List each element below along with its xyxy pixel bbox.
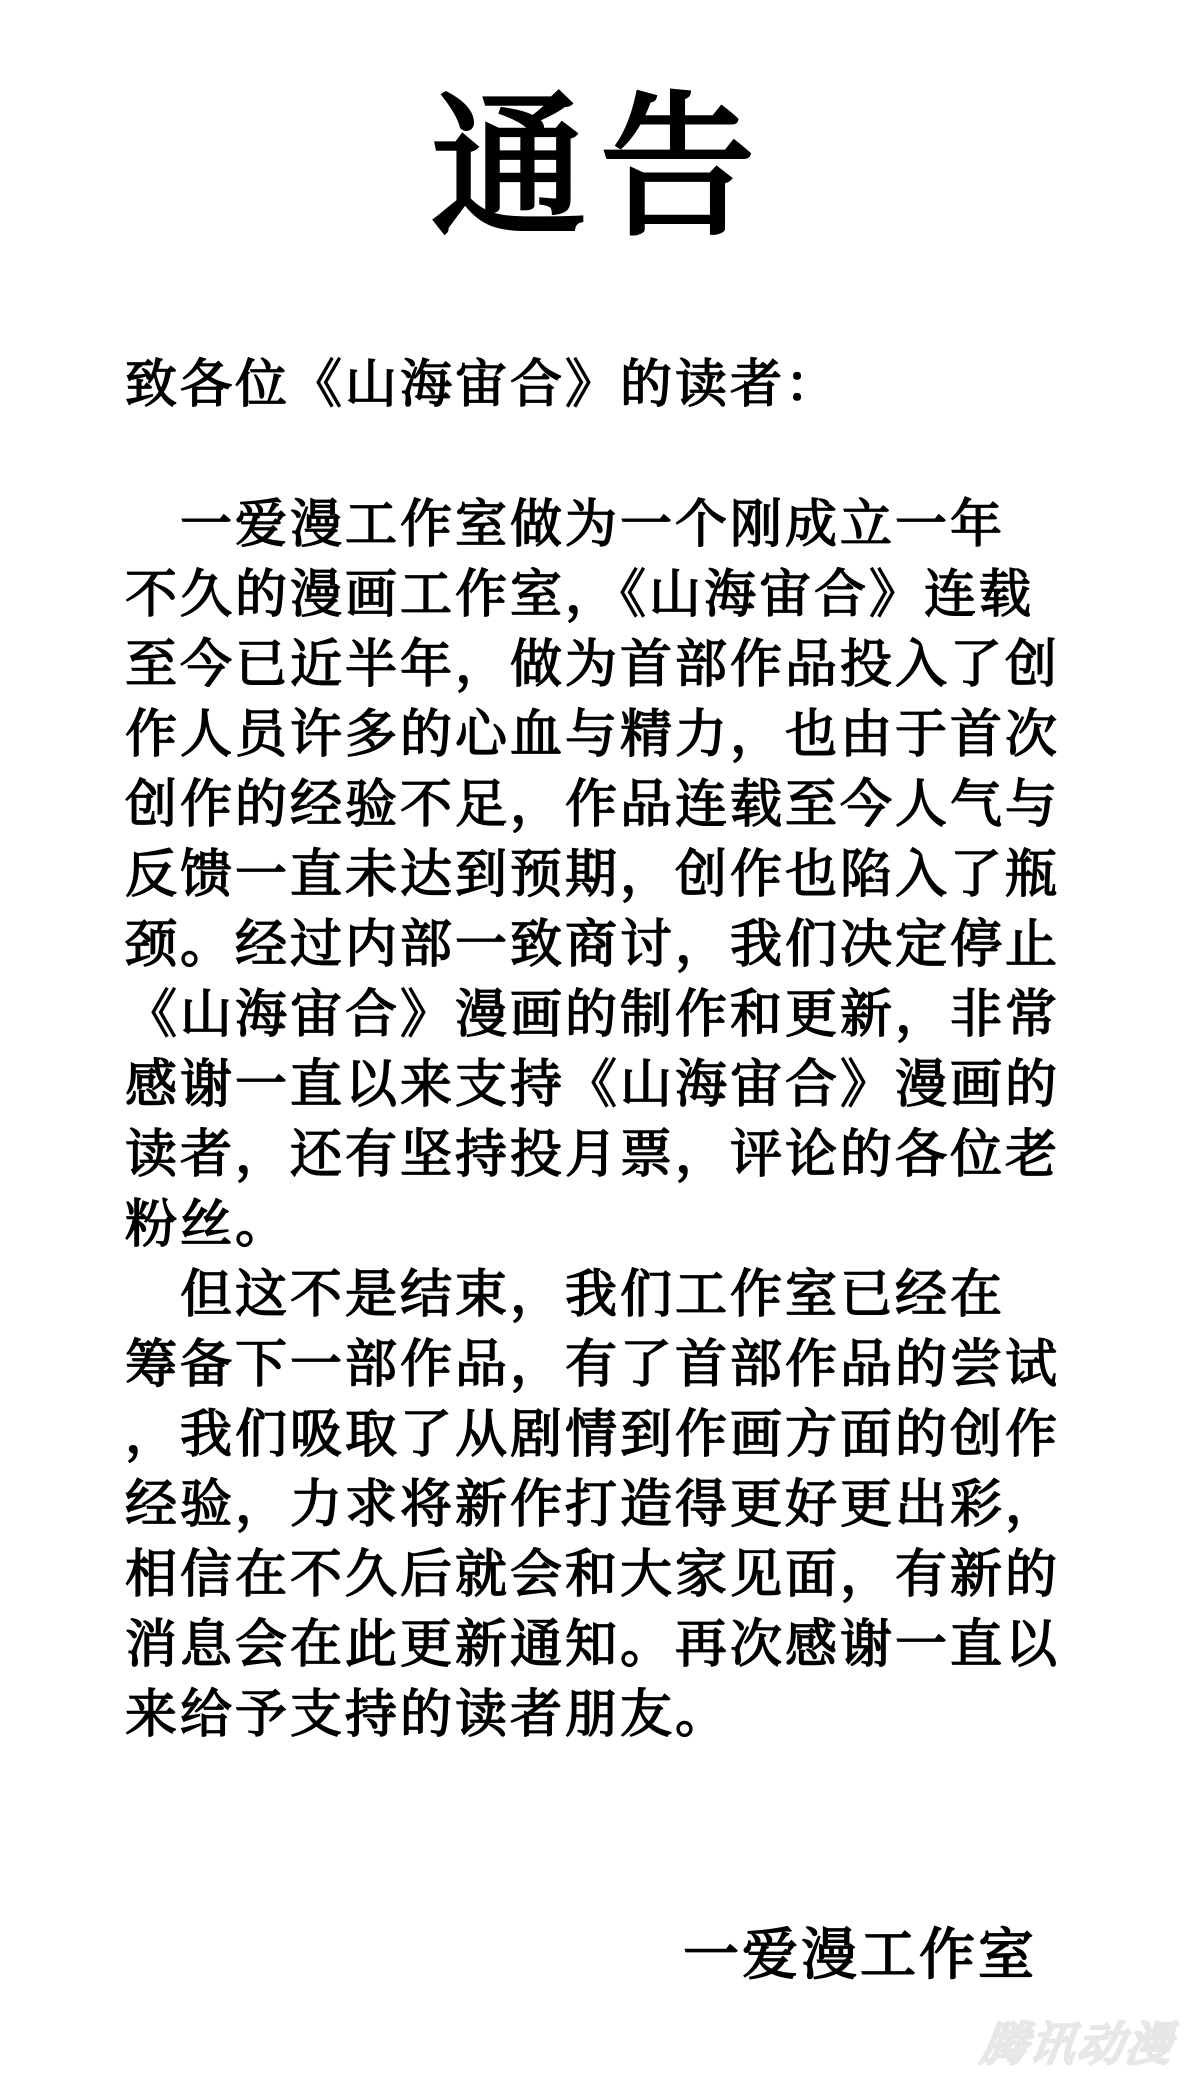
notice-body: 致各位《山海宙合》的读者： 一爱漫工作室做为一个刚成立一年 不久的漫画工作室，《…: [0, 350, 1200, 1990]
studio-signature: 一爱漫工作室: [125, 1920, 1075, 1990]
body-paragraph-1: 一爱漫工作室做为一个刚成立一年 不久的漫画工作室，《山海宙合》连载 至今已近半年…: [125, 490, 1075, 1260]
salutation-line: 致各位《山海宙合》的读者：: [125, 350, 1075, 420]
body-paragraph-2: 但这不是结束，我们工作室已经在 筹备下一部作品，有了首部作品的尝试 ，我们吸取了…: [125, 1260, 1075, 1750]
tencent-comics-watermark: 腾讯动漫: [977, 2008, 1178, 2074]
page-title: 通告: [0, 85, 1200, 250]
notice-page: 通告 致各位《山海宙合》的读者： 一爱漫工作室做为一个刚成立一年 不久的漫画工作…: [0, 0, 1200, 2088]
body-text: 一爱漫工作室做为一个刚成立一年 不久的漫画工作室，《山海宙合》连载 至今已近半年…: [125, 490, 1075, 1750]
